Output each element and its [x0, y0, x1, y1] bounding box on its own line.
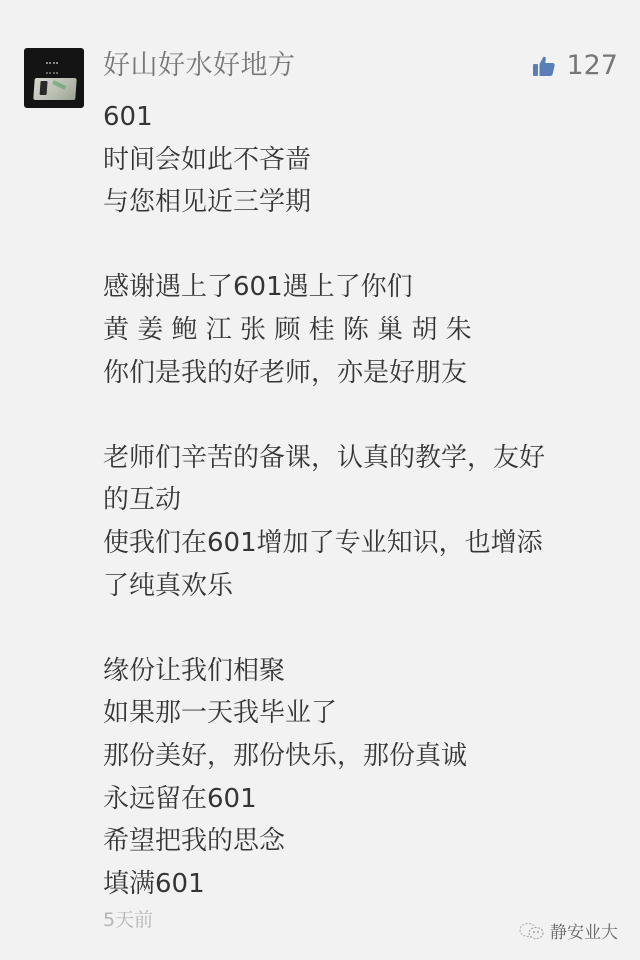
avatar[interactable] — [24, 48, 84, 108]
username[interactable]: 好山好水好地方 — [103, 46, 296, 86]
blank-line — [103, 224, 623, 267]
comment-line-teacher-names: 黄 姜 鲍 江 张 顾 桂 陈 巢 胡 朱 — [103, 309, 623, 352]
avatar-detail — [46, 62, 58, 74]
like-button[interactable]: 127 — [532, 46, 618, 86]
thumbs-up-icon[interactable] — [532, 54, 556, 78]
blank-line — [103, 607, 623, 650]
wechat-icon — [518, 921, 546, 941]
comment-line: 601 — [103, 96, 623, 139]
like-count: 127 — [566, 46, 618, 86]
comment-line: 缘份让我们相聚 — [103, 650, 623, 693]
comment-line: 了纯真欢乐 — [103, 565, 623, 608]
watermark: 静安业大 — [518, 918, 618, 943]
comment-line: 填满601 — [103, 863, 623, 906]
comment-line: 你们是我的好老师，亦是好朋友 — [103, 352, 623, 395]
avatar-detail — [40, 81, 48, 95]
comment-line: 感谢遇上了601遇上了你们 — [103, 266, 623, 309]
comment-line: 时间会如此不吝啬 — [103, 139, 623, 182]
comment-line: 老师们辛苦的备课，认真的教学，友好 — [103, 437, 623, 480]
comment-body: 601 时间会如此不吝啬 与您相见近三学期 感谢遇上了601遇上了你们 黄 姜 … — [103, 96, 623, 905]
comment-line: 永远留在601 — [103, 778, 623, 821]
comment-timestamp: 5天前 — [103, 906, 153, 934]
comment-line: 如果那一天我毕业了 — [103, 692, 623, 735]
comment-item: 好山好水好地方 127 601 时间会如此不吝啬 与您相见近三学期 感谢遇上了6… — [0, 0, 640, 960]
comment-line: 希望把我的思念 — [103, 820, 623, 863]
blank-line — [103, 394, 623, 437]
avatar-detail — [33, 78, 77, 100]
comment-line: 那份美好，那份快乐，那份真诚 — [103, 735, 623, 778]
comment-line: 与您相见近三学期 — [103, 181, 623, 224]
avatar-detail — [52, 80, 66, 90]
watermark-label: 静安业大 — [550, 918, 618, 943]
comment-line: 使我们在601增加了专业知识，也增添 — [103, 522, 623, 565]
comment-line: 的互动 — [103, 479, 623, 522]
